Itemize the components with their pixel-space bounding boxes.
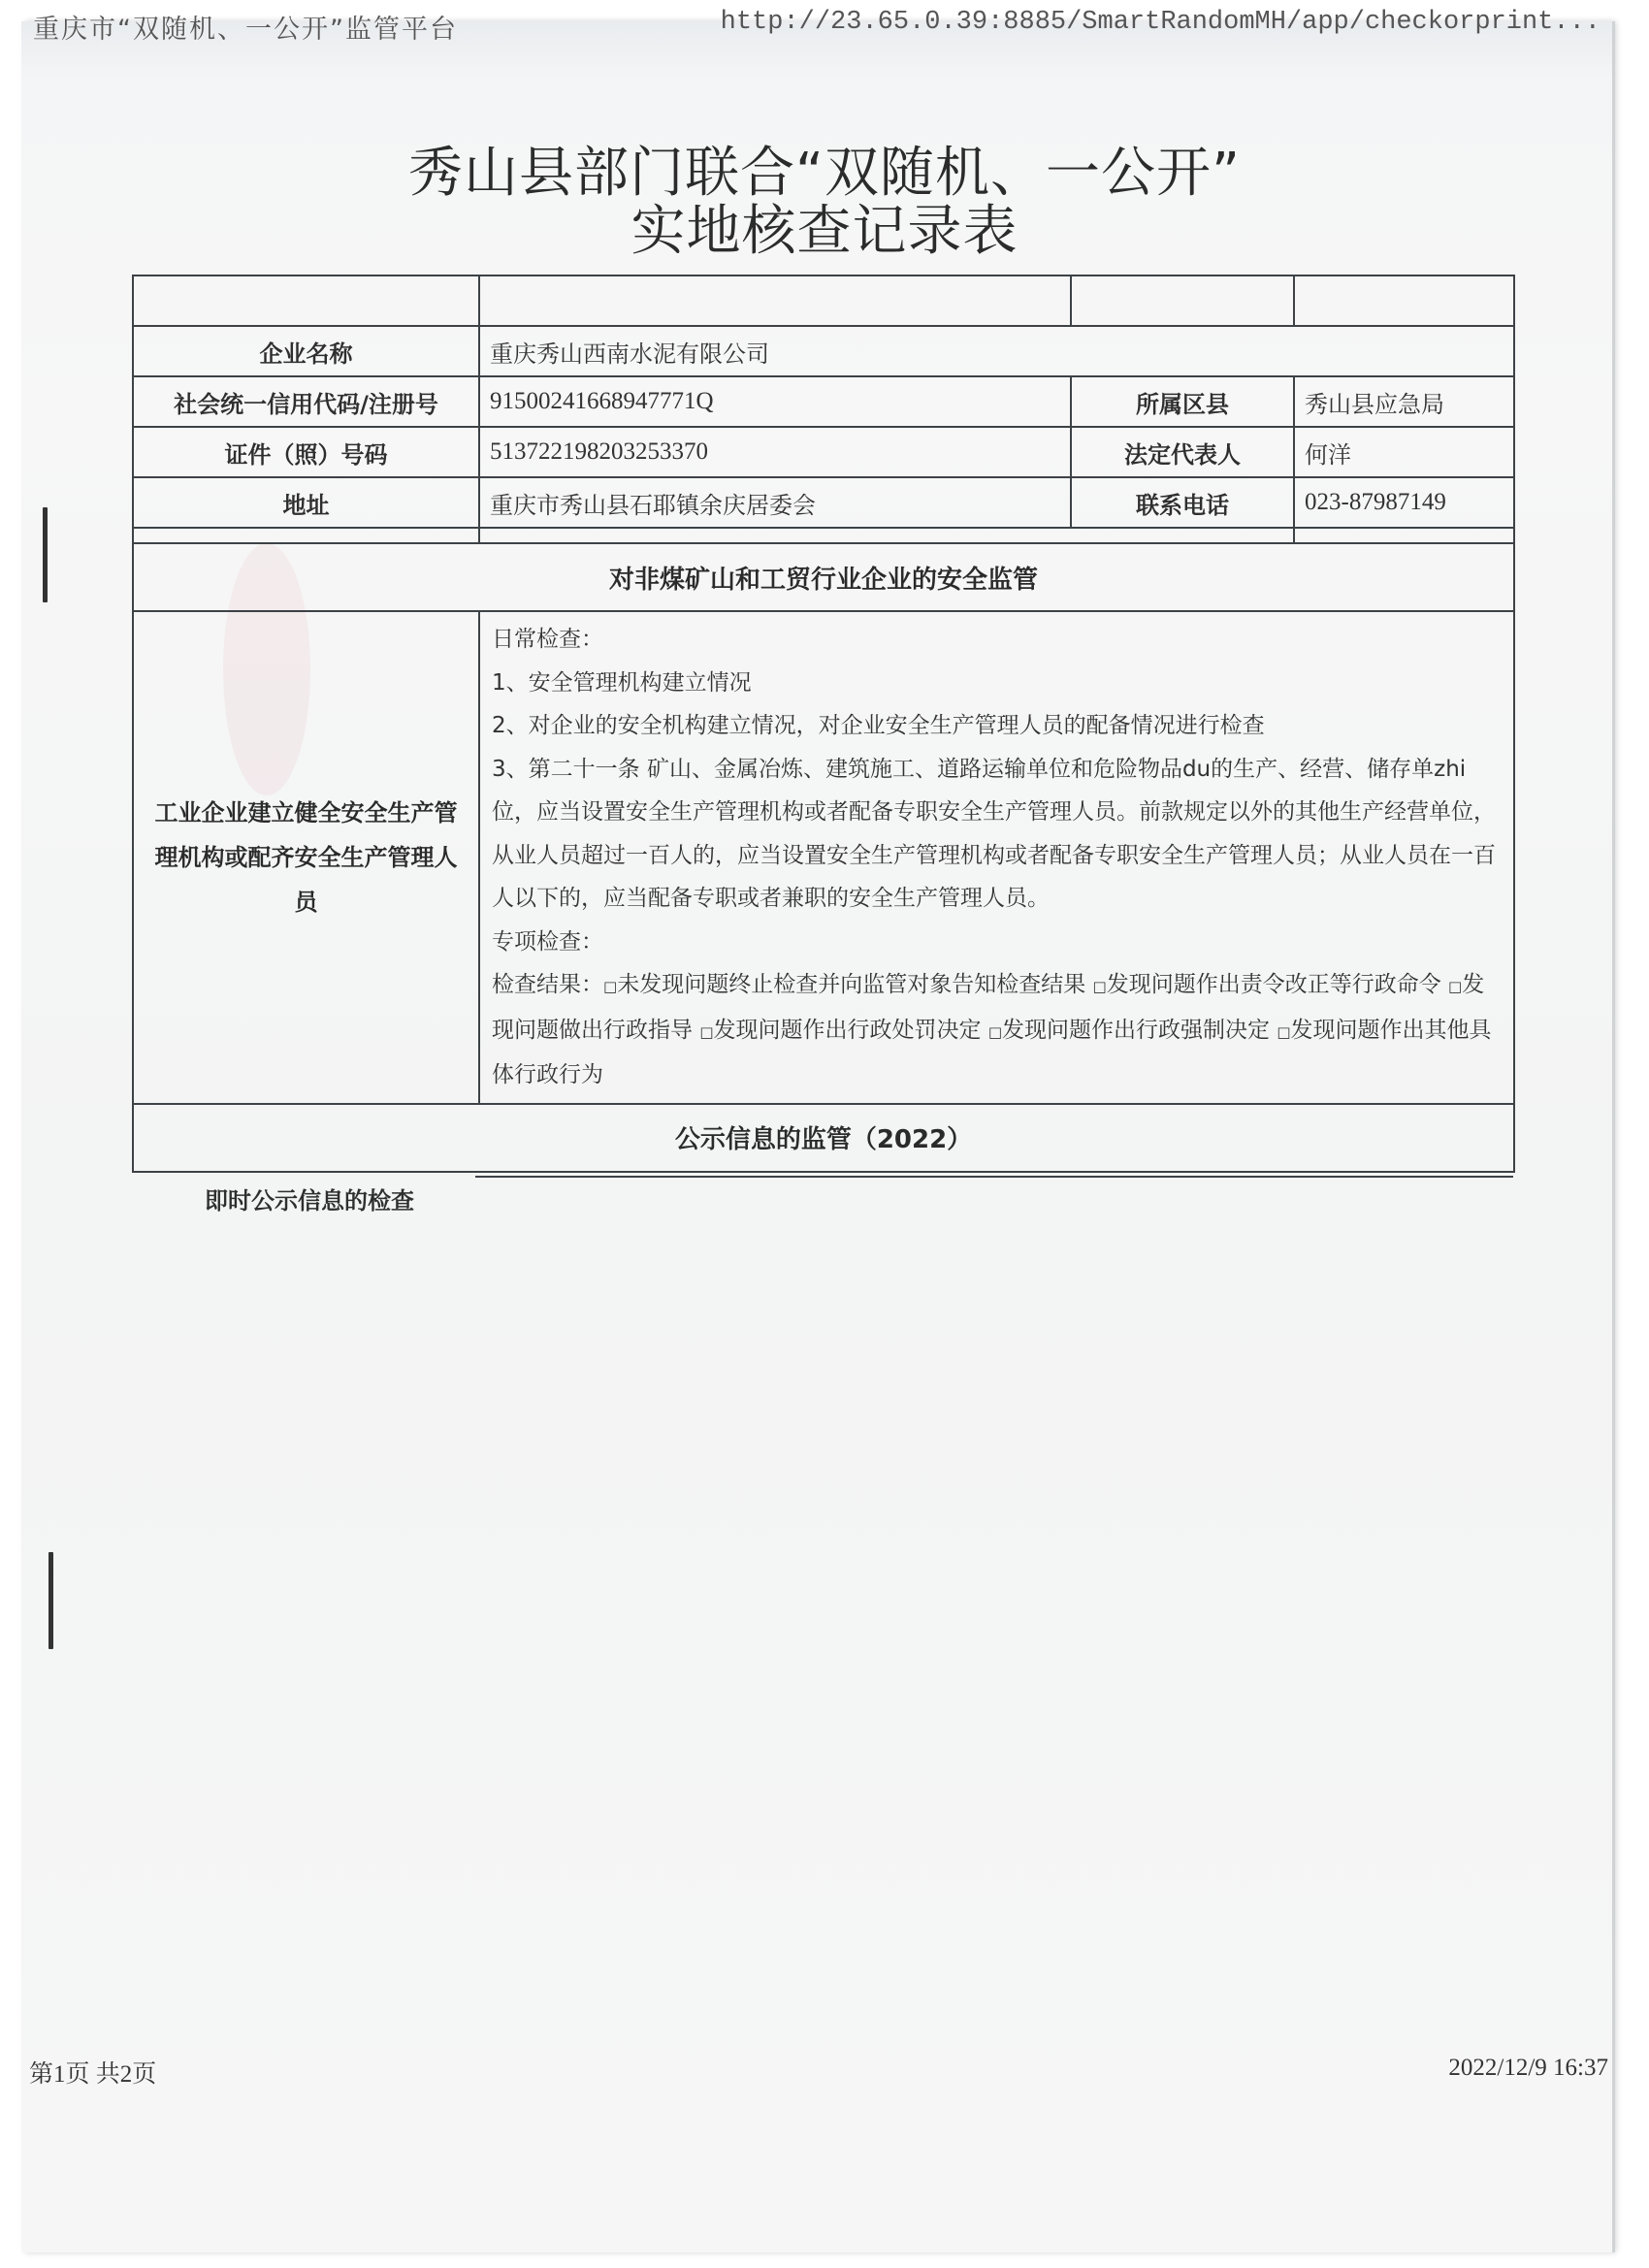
legal-rep-label: 法定代表人 (1071, 427, 1294, 477)
browser-print-header: 重庆市“双随机、一公开”监管平台 http://23.65.0.39:8885/… (21, 8, 1612, 37)
instant-disclosure-check-label: 即时公示信息的检查 (132, 1182, 487, 1215)
checkbox-icon[interactable]: □ (988, 1023, 1002, 1041)
checkbox-icon[interactable]: □ (1448, 978, 1462, 995)
result-option[interactable]: □发现问题作出行政处罚决定 (699, 1018, 981, 1043)
scan-edge-shadow (1612, 21, 1615, 2252)
document-title: 秀山县部门联合“双随机、一公开” (0, 144, 1649, 204)
safety-item-row: 工业企业建立健全安全生产管理机构或配齐安全生产管理人员 日常检查： 1、安全管理… (133, 611, 1514, 1104)
blank-cell (1294, 275, 1514, 326)
result-option-label: 发现问题作出行政强制决定 (1002, 1018, 1270, 1043)
disclosure-heading-row: 公示信息的监管（2022） (133, 1104, 1514, 1172)
table-continuation-line (475, 1176, 1513, 1178)
spacer-cell (1294, 528, 1514, 543)
row-address: 地址 重庆市秀山县石耶镇余庆居委会 联系电话 023-87987149 (133, 477, 1514, 528)
checkbox-icon[interactable]: □ (603, 978, 617, 995)
daily-check-label: 日常检查： (492, 618, 1502, 662)
checkbox-icon[interactable]: □ (1093, 978, 1107, 995)
safety-item-detail: 日常检查： 1、安全管理机构建立情况 2、对企业的安全机构建立情况，对企业安全生… (479, 611, 1514, 1104)
document-subtitle: 实地核查记录表 (0, 202, 1649, 262)
district-label: 所属区县 (1071, 376, 1294, 427)
special-check-label: 专项检查： (492, 921, 1502, 964)
spacer-row (133, 528, 1514, 543)
safety-item-label: 工业企业建立健全安全生产管理机构或配齐安全生产管理人员 (133, 611, 479, 1104)
district-value: 秀山县应急局 (1294, 376, 1514, 427)
credit-code-value: 91500241668947771Q (479, 376, 1071, 427)
section-heading-row: 对非煤矿山和工贸行业企业的安全监管 (133, 543, 1514, 611)
spacer-cell (133, 528, 479, 543)
row-id-number: 证件（照）号码 513722198203253370 法定代表人 何洋 (133, 427, 1514, 477)
spacer-cell (479, 528, 1294, 543)
row-credit-code: 社会统一信用代码/注册号 91500241668947771Q 所属区县 秀山县… (133, 376, 1514, 427)
result-option[interactable]: □发现问题作出行政强制决定 (988, 1018, 1270, 1043)
result-option-label: 未发现问题终止检查并向监管对象告知检查结果 (617, 972, 1085, 997)
binder-hole-mark (48, 1552, 53, 1649)
page-number: 第1页 共2页 (29, 2055, 156, 2090)
check-result-label: 检查结果： (492, 972, 603, 997)
id-number-value: 513722198203253370 (479, 427, 1071, 477)
check-result-options: □未发现问题终止检查并向监管对象告知检查结果 □发现问题作出责令改正等行政命令 … (492, 972, 1492, 1087)
blank-header-row (133, 275, 1514, 326)
result-option[interactable]: □未发现问题终止检查并向监管对象告知检查结果 (603, 972, 1085, 997)
blank-cell (133, 275, 479, 326)
checkbox-icon[interactable]: □ (1277, 1023, 1290, 1041)
company-name-label: 企业名称 (133, 326, 479, 376)
inspection-record-table: 企业名称 重庆秀山西南水泥有限公司 社会统一信用代码/注册号 915002416… (132, 275, 1515, 1173)
blank-cell (479, 275, 1071, 326)
daily-item-2: 2、对企业的安全机构建立情况，对企业安全生产管理人员的配备情况进行检查 (492, 704, 1502, 748)
phone-label: 联系电话 (1071, 477, 1294, 528)
row-company-name: 企业名称 重庆秀山西南水泥有限公司 (133, 326, 1514, 376)
company-name-value: 重庆秀山西南水泥有限公司 (479, 326, 1514, 376)
credit-code-label: 社会统一信用代码/注册号 (133, 376, 479, 427)
blank-cell (1071, 275, 1294, 326)
checkbox-icon[interactable]: □ (699, 1023, 713, 1041)
result-option-label: 发现问题作出行政处罚决定 (714, 1018, 982, 1043)
address-label: 地址 (133, 477, 479, 528)
check-result: 检查结果：□未发现问题终止检查并向监管对象告知检查结果 □发现问题作出责令改正等… (492, 963, 1502, 1097)
daily-item-1: 1、安全管理机构建立情况 (492, 662, 1502, 705)
result-option[interactable]: □发现问题作出责令改正等行政命令 (1093, 972, 1441, 997)
page-url: http://23.65.0.39:8885/SmartRandomMH/app… (721, 8, 1600, 37)
site-title: 重庆市“双随机、一公开”监管平台 (33, 8, 458, 46)
legal-rep-value: 何洋 (1294, 427, 1514, 477)
binder-hole-mark (43, 507, 48, 602)
disclosure-section-heading: 公示信息的监管（2022） (133, 1104, 1514, 1172)
result-option-label: 发现问题作出责令改正等行政命令 (1107, 972, 1441, 997)
daily-item-3: 3、第二十一条 矿山、金属冶炼、建筑施工、道路运输单位和危险物品du的生产、经营… (492, 748, 1502, 921)
print-timestamp: 2022/12/9 16:37 (1448, 2055, 1608, 2082)
address-value: 重庆市秀山县石耶镇余庆居委会 (479, 477, 1071, 528)
id-number-label: 证件（照）号码 (133, 427, 479, 477)
phone-value: 023-87987149 (1294, 477, 1514, 528)
safety-section-heading: 对非煤矿山和工贸行业企业的安全监管 (133, 543, 1514, 611)
